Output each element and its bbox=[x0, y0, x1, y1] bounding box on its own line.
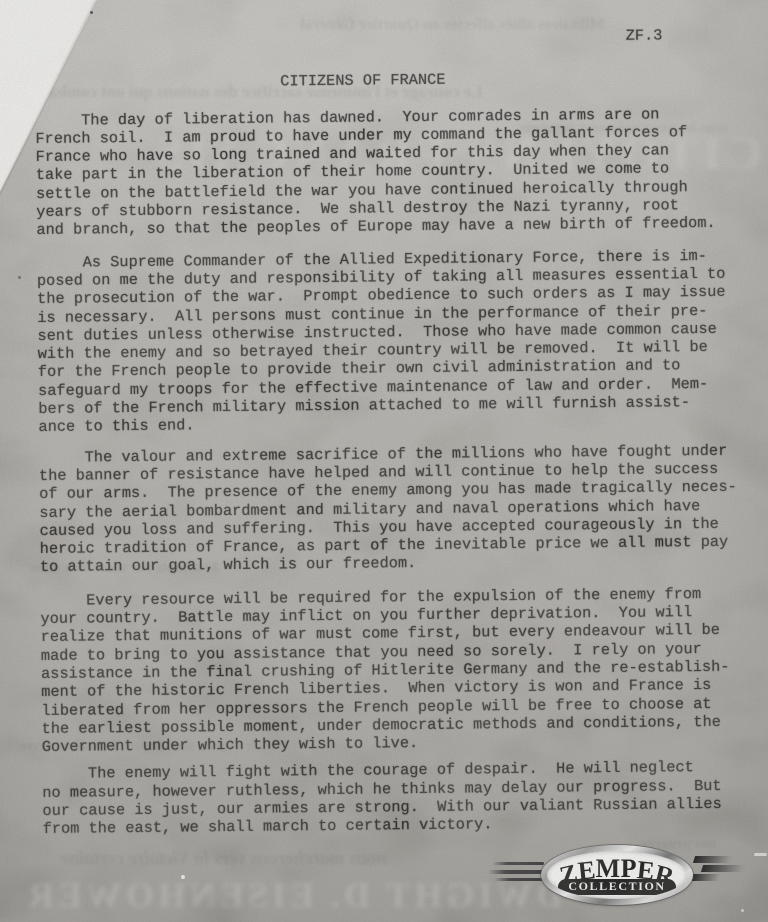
reference-code: ZF.3 bbox=[34, 26, 662, 51]
speed-line bbox=[494, 878, 544, 881]
stamp-oval: ZEMPER COLLECTION bbox=[541, 845, 693, 905]
speed-line bbox=[492, 862, 544, 865]
speed-line bbox=[488, 870, 545, 874]
stamp-brand-text: ZEMPER bbox=[560, 857, 674, 881]
paragraph-1: The day of liberation has dawned. Your c… bbox=[35, 104, 752, 240]
stamp-oval-face: ZEMPER COLLECTION bbox=[547, 851, 687, 899]
step-mark bbox=[693, 856, 733, 863]
paragraph-4: Every resource will be required for the … bbox=[40, 584, 758, 756]
scanned-document-photo: Militaires alliés affectés au Quartier G… bbox=[0, 0, 768, 922]
typed-page: ZF.3 CITIZENS OF FRANCE The day of liber… bbox=[34, 0, 759, 839]
step-mark bbox=[701, 865, 745, 872]
page-title: CITIZENS OF FRANCE bbox=[35, 68, 691, 93]
paragraph-2: As Supreme Commander of the Allied Exped… bbox=[37, 246, 755, 436]
paragraph-5: The enemy will fight with the courage of… bbox=[42, 758, 759, 839]
zemper-collection-stamp: ZEMPER COLLECTION bbox=[486, 840, 768, 920]
step-mark bbox=[691, 874, 721, 881]
paragraph-3: The valour and extreme sacrifice of the … bbox=[39, 441, 756, 577]
